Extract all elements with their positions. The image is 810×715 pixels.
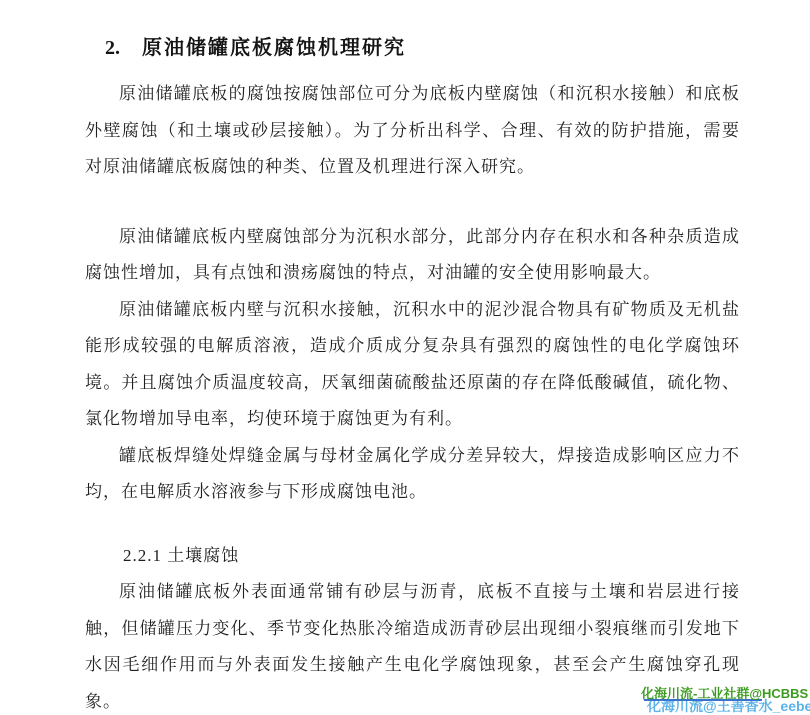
- section-number: 2.: [105, 37, 120, 59]
- paragraph-weld-seam: 罐底板焊缝处焊缝金属与母材金属化学成分差异较大，焊接造成影响区应力不均，在电解质…: [85, 438, 740, 511]
- paragraph-outer-surface: 原油储罐底板外表面通常铺有砂层与沥青，底板不直接与土壤和岩层进行接触，但储罐压力…: [85, 574, 740, 715]
- section-title: 原油储罐底板腐蚀机理研究: [142, 37, 406, 59]
- subsection-heading-soil-corrosion: 2.2.1 土壤腐蚀: [123, 538, 740, 575]
- paragraph-inner-wall-sediment: 原油储罐底板内壁腐蚀部分为沉积水部分，此部分内存在积水和各种杂质造成腐蚀性增加，…: [85, 219, 740, 292]
- paragraph-electrochemical-environment: 原油储罐底板内壁与沉积水接触，沉积水中的泥沙混合物具有矿物质及无机盐能形成较强的…: [85, 292, 740, 438]
- paragraph-intro: 原油储罐底板的腐蚀按腐蚀部位可分为底板内壁腐蚀（和沉积水接触）和底板外壁腐蚀（和…: [85, 76, 740, 186]
- section-heading: 2. 原油储罐底板腐蚀机理研究: [105, 36, 740, 60]
- document-page: 2. 原油储罐底板腐蚀机理研究 原油储罐底板的腐蚀按腐蚀部位可分为底板内壁腐蚀（…: [85, 0, 740, 715]
